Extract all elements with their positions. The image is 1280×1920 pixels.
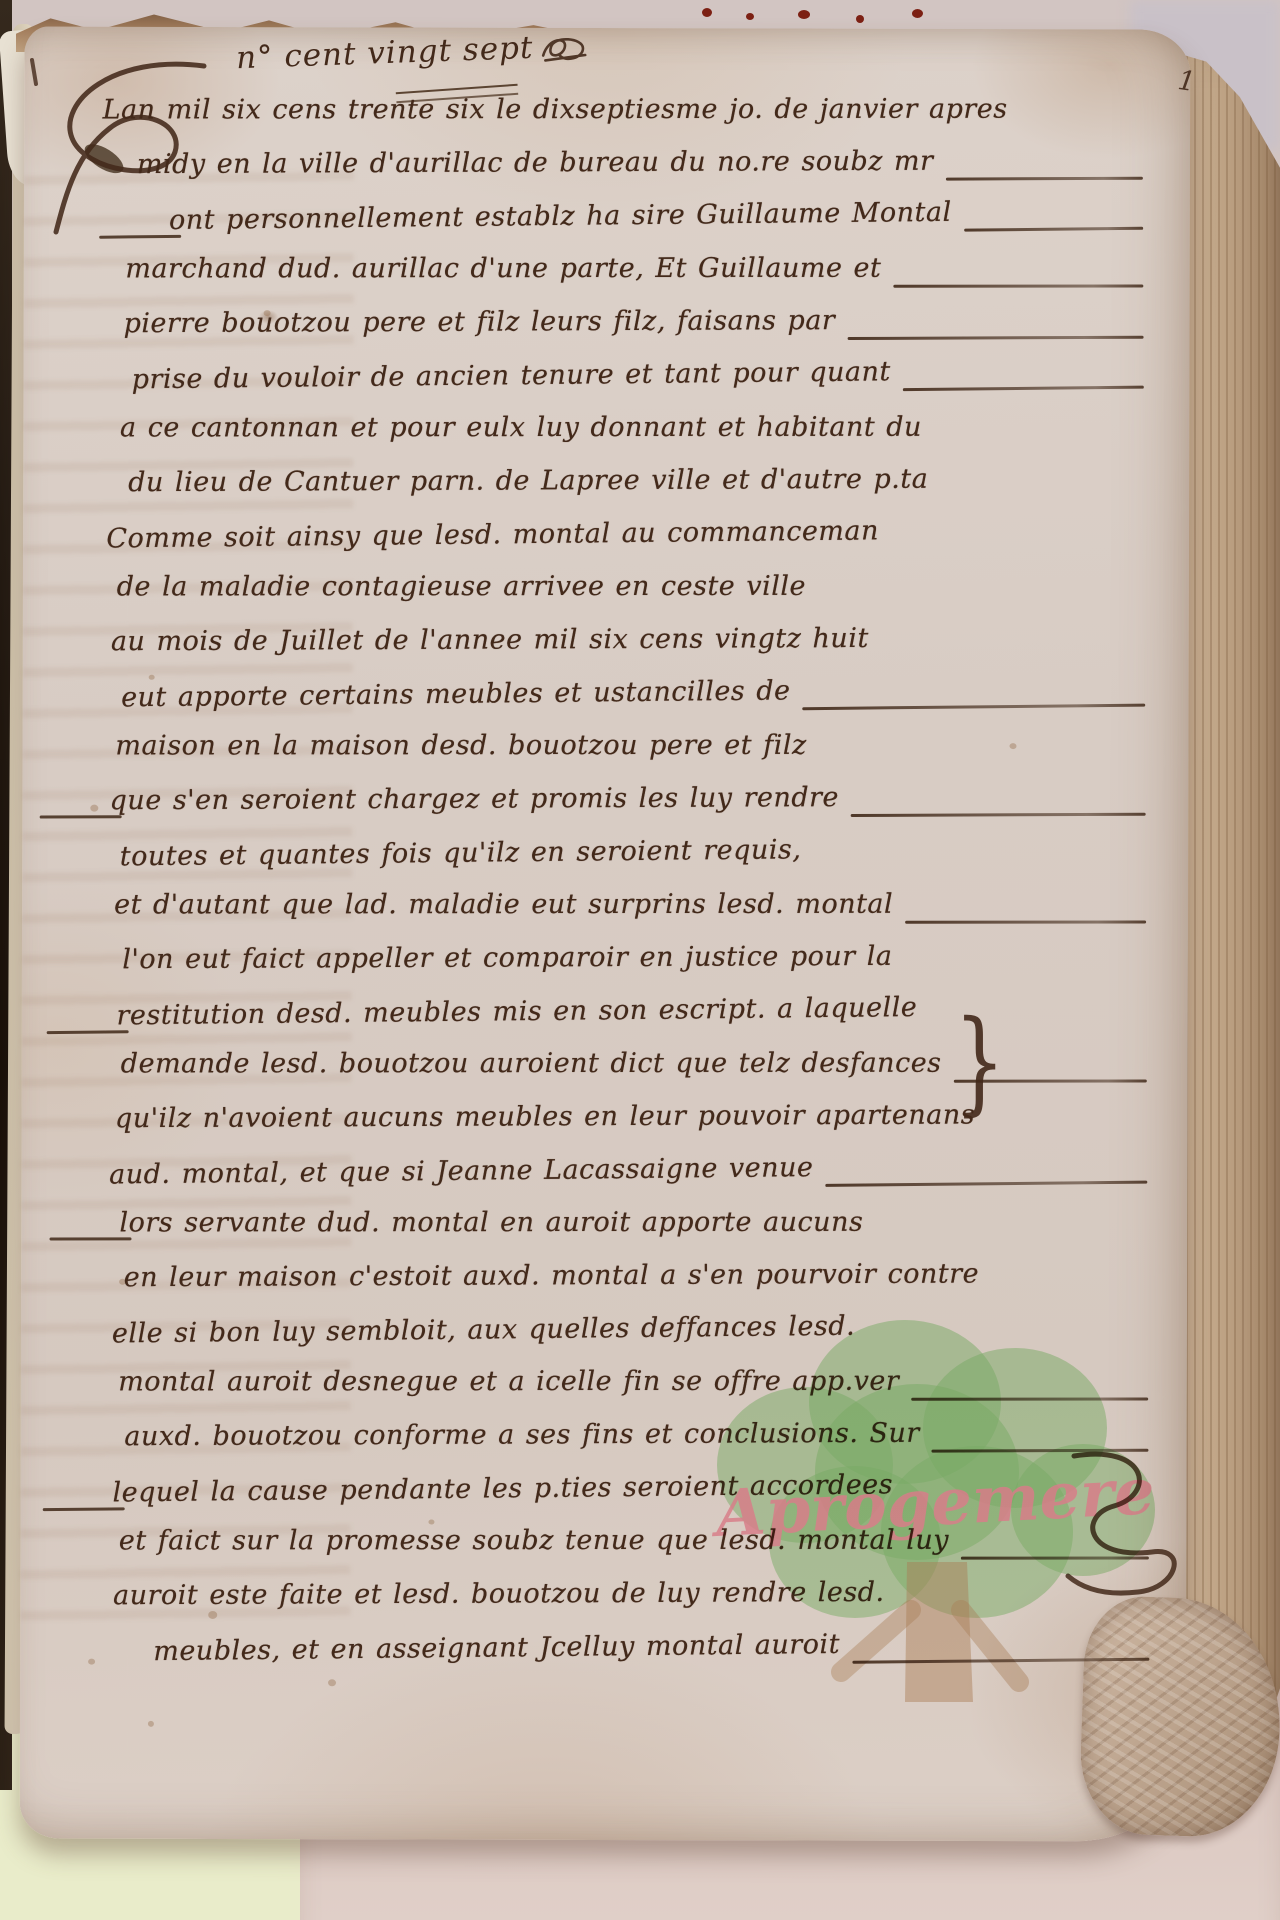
stain-spot [88,1659,95,1665]
manuscript-line-text: du lieu de Cantuer parn. de Lapree ville… [128,464,928,498]
manuscript-line-text: qu'ilz n'avoient aucuns meubles en leur … [115,1099,975,1134]
manuscript-line-text: lequel la cause pendante les p.ties sero… [112,1469,893,1508]
manuscript-line: Comme soit ainsy que lesd. montal au com… [106,513,1148,577]
manuscript-line: au mois de Juillet de l'annee mil six ce… [111,622,1149,680]
stain-spot [148,1721,154,1727]
manuscript-line-text: et faict sur la promesse soubz tenue que… [119,1525,949,1557]
line-filler-stroke [803,704,1146,711]
manuscript-line: du lieu de Cantuer parn. de Lapree ville… [128,463,1148,520]
manuscript-line: elle si bon luy sembloit, aux quelles de… [112,1308,1152,1372]
manuscript-line-text: et d'autant que lad. maladie eut surprin… [114,889,893,921]
manuscript-line: prise du vouloir de ancien tenure et tan… [132,354,1148,418]
manuscript-line: meubles, et en asseignant Jcelluy montal… [153,1626,1154,1689]
manuscript-line-text: pierre bouotzou pere et filz leurs filz,… [123,305,835,339]
manuscript-line: auroit este faite et lesd. bouotzou de l… [113,1576,1153,1634]
manuscript-line-text: Comme soit ainsy que lesd. montal au com… [106,515,879,554]
manuscript-line: eut apporte certains meubles et ustancil… [121,672,1149,736]
line-filler-stroke [826,1181,1148,1187]
manuscript-line-text: lors servante dud. montal en auroit appo… [119,1207,863,1239]
red-speck [856,15,864,23]
manuscript-line: maison en la maison desd. bouotzou pere … [115,730,1149,784]
manuscript-line: et d'autant que lad. maladie eut surprin… [114,889,1150,943]
line-filler-stroke [964,227,1143,232]
manuscript-line-text: prise du vouloir de ancien tenure et tan… [132,356,891,395]
red-speck [798,10,810,19]
stain-spot [90,805,98,812]
line-filler-stroke [851,813,1146,817]
line-filler-stroke [903,386,1144,392]
manuscript-line-text: elle si bon luy sembloit, aux quelles de… [112,1311,856,1350]
manuscript-line-text: de la maladie contagieuse arrivee en ces… [117,571,806,603]
flourish-brace [1056,1438,1186,1608]
manuscript-line-text: auroit este faite et lesd. bouotzou de l… [113,1577,885,1611]
manuscript-line: lors servante dud. montal en auroit appo… [119,1207,1151,1261]
manuscript-line-text: montal auroit desnegue et a icelle fin s… [118,1366,899,1398]
manuscript-line: aud. montal, et que si Jeanne Lacassaign… [109,1149,1151,1213]
manuscript-line-text: midy en la ville d'aurillac de bureau du… [137,146,934,180]
manuscript-line-text: eut apporte certains meubles et ustancil… [121,675,791,713]
manuscript-line: lequel la cause pendante les p.ties sero… [112,1467,1152,1531]
manuscript-line-text: aud. montal, et que si Jeanne Lacassaign… [109,1152,814,1190]
red-speck [912,9,923,18]
manuscript-line: l'on eut faict appeller et comparoir en … [122,940,1150,997]
manuscript-line: et faict sur la promesse soubz tenue que… [119,1525,1153,1579]
manuscript-line-text: a ce cantonnan et pour eulx luy donnant … [120,412,922,444]
line-filler-stroke [852,1658,1149,1664]
manuscript-text: Lan mil six cens trente six le dixseptie… [103,92,1154,1687]
manuscript-line-text: meubles, et en asseignant Jcelluy montal… [153,1629,840,1667]
red-speck [746,13,754,20]
red-speck [702,8,712,17]
manuscript-line: midy en la ville d'aurillac de bureau du… [137,145,1147,202]
manuscript-line: marchand dud. aurillac d'une parte, Et G… [125,253,1147,307]
line-filler-stroke [893,285,1143,288]
manuscript-line-text: Lan mil six cens trente six le dixseptie… [103,94,1008,126]
line-filler-stroke [847,336,1143,340]
manuscript-line: pierre bouotzou pere et filz leurs filz,… [123,304,1147,361]
manuscript-line-text: marchand dud. aurillac d'une parte, Et G… [125,253,881,285]
brace-mark: } [954,1006,1005,1118]
manuscript-line: a ce cantonnan et pour eulx luy donnant … [120,412,1148,466]
line-filler-stroke [905,921,1146,924]
manuscript-line-text: que s'en seroient chargez et promis les … [110,782,840,816]
manuscript-line-text: l'on eut faict appeller et comparoir en … [122,941,892,975]
manuscript-line-text: demande lesd. bouotzou auroient dict que… [121,1048,942,1080]
manuscript-line-text: en leur maison c'estoit auxd. montal a s… [124,1258,980,1293]
manuscript-line-text: maison en la maison desd. bouotzou pere … [115,730,806,762]
heading-flourish-icon [539,32,592,64]
manuscript-line: en leur maison c'estoit auxd. montal a s… [124,1258,1152,1315]
manuscript-line: ont personnellement establz ha sire Guil… [169,195,1148,258]
manuscript-line: toutes et quantes fois qu'ilz en seroien… [120,831,1150,895]
line-filler-stroke [911,1398,1148,1401]
manuscript-photo: n° cent vingt sept 1 Lan mil six cens tr… [0,0,1280,1920]
manuscript-line-text: restitution desd. meubles mis en son esc… [116,992,917,1031]
manuscript-line: montal auroit desnegue et a icelle fin s… [118,1366,1152,1420]
line-filler-stroke [946,177,1143,181]
manuscript-line: Lan mil six cens trente six le dixseptie… [103,94,1147,148]
manuscript-line-text: auxd. bouotzou conforme a ses fins et co… [124,1418,920,1452]
manuscript-line: que s'en seroient chargez et promis les … [110,781,1150,839]
manuscript-line-text: au mois de Juillet de l'annee mil six ce… [111,623,869,657]
manuscript-line: auxd. bouotzou conforme a ses fins et co… [124,1417,1152,1474]
manuscript-line: de la maladie contagieuse arrivee en ces… [117,571,1149,625]
manuscript-line-text: ont personnellement establz ha sire Guil… [169,197,952,236]
manuscript-line-text: toutes et quantes fois qu'ilz en seroien… [120,834,802,872]
